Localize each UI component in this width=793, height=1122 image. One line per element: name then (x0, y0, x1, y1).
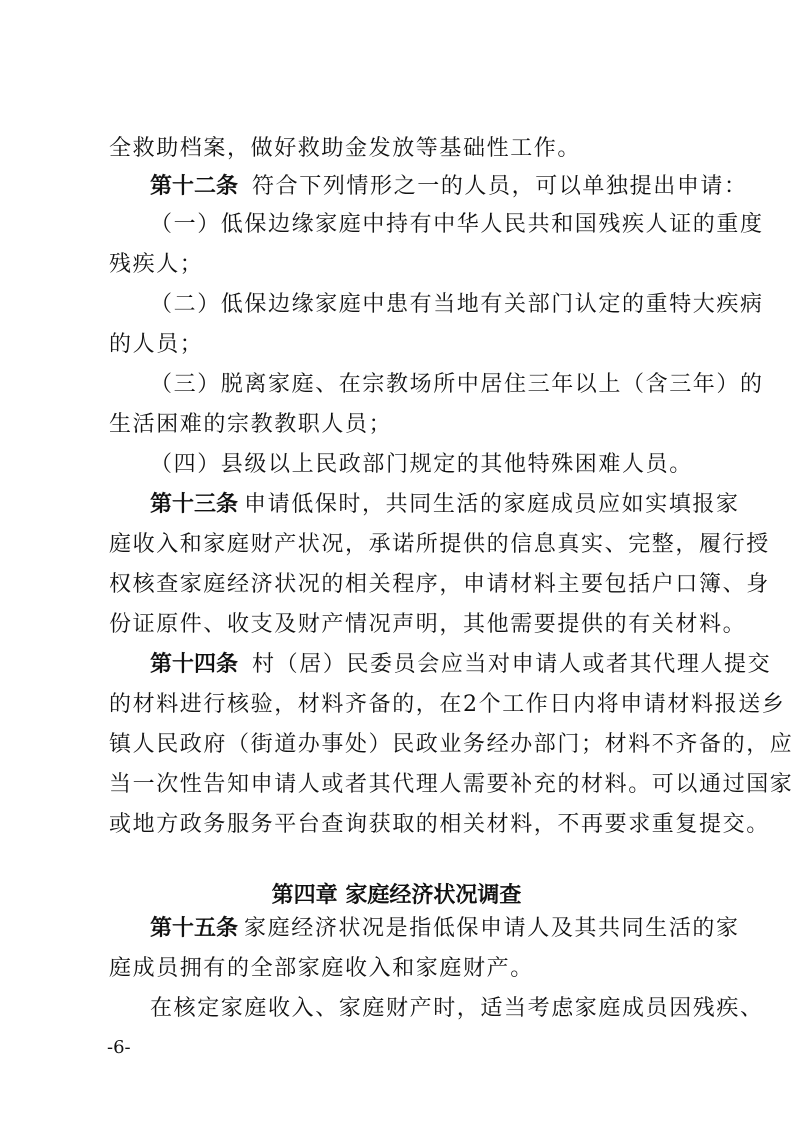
article-text: 申请低保时，共同生活的家庭成员应如实填报家 (244, 492, 740, 517)
paragraph-line: 的人员； (109, 334, 693, 356)
article-text: 符合下列情形之一的人员，可以单独提出申请： (252, 174, 748, 199)
paragraph-line: 残疾人； (109, 254, 693, 276)
list-item: （二）低保边缘家庭中患有当地有关部门认定的重特大疾病 (150, 294, 734, 316)
article-text: 村（居）民委员会应当对申请人或者其代理人提交 (252, 652, 771, 677)
list-item: （四）县级以上民政部门规定的其他特殊困难人员。 (150, 454, 734, 476)
paragraph-line: 庭收入和家庭财产状况，承诺所提供的信息真实、完整，履行授 (109, 534, 693, 556)
paragraph-line: 庭成员拥有的全部家庭收入和家庭财产。 (109, 958, 693, 980)
article-15: 第十五条家庭经济状况是指低保申请人及其共同生活的家 (150, 918, 734, 940)
article-label: 第十四条 (150, 652, 238, 677)
article-14: 第十四条村（居）民委员会应当对申请人或者其代理人提交 (150, 654, 734, 676)
article-13: 第十三条申请低保时，共同生活的家庭成员应如实填报家 (150, 494, 734, 516)
paragraph-line: 份证原件、收支及财产情况声明，其他需要提供的有关材料。 (109, 614, 693, 636)
paragraph-line: 生活困难的宗教教职人员； (109, 414, 693, 436)
article-12: 第十二条符合下列情形之一的人员，可以单独提出申请： (150, 176, 734, 198)
paragraph-line: 镇人民政府（街道办事处）民政业务经办部门；材料不齐备的，应 (109, 734, 693, 756)
paragraph-line: 权核查家庭经济状况的相关程序，申请材料主要包括户口簿、身 (109, 574, 693, 596)
paragraph-line: 或地方政务服务平台查询获取的相关材料，不再要求重复提交。 (109, 814, 693, 836)
article-text: 家庭经济状况是指低保申请人及其共同生活的家 (244, 916, 740, 941)
paragraph-line: 全救助档案，做好救助金发放等基础性工作。 (109, 138, 693, 160)
paragraph-line: 在核定家庭收入、家庭财产时，适当考虑家庭成员因残疾、 (150, 998, 734, 1020)
list-item: （一）低保边缘家庭中持有中华人民共和国残疾人证的重度 (150, 214, 734, 236)
chapter-title: 第四章 家庭经济状况调查 (0, 878, 793, 909)
paragraph-line: 的材料进行核验，材料齐备的，在2个工作日内将申请材料报送乡 (109, 694, 693, 716)
article-label: 第十二条 (150, 174, 238, 199)
article-label: 第十五条 (150, 916, 238, 941)
document-page: 全救助档案，做好救助金发放等基础性工作。 第十二条符合下列情形之一的人员，可以单… (0, 0, 793, 1122)
list-item: （三）脱离家庭、在宗教场所中居住三年以上（含三年）的 (150, 374, 734, 396)
page-number: -6- (107, 1037, 131, 1058)
article-label: 第十三条 (150, 492, 238, 517)
paragraph-line: 当一次性告知申请人或者其代理人需要补充的材料。可以通过国家 (109, 774, 693, 796)
